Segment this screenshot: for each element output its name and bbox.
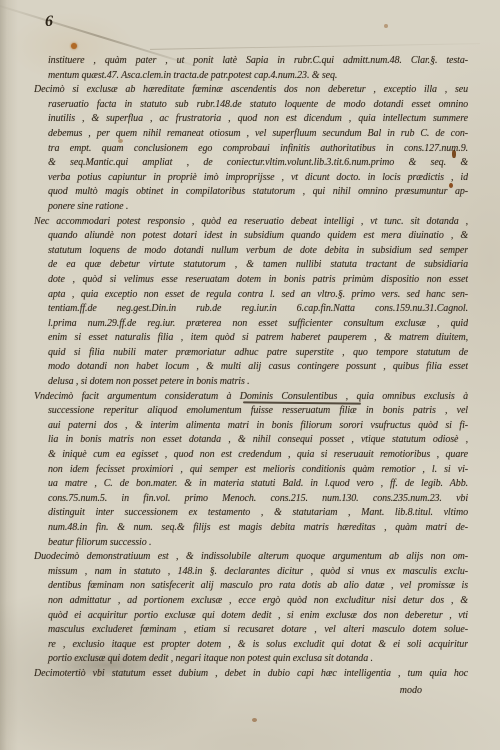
paragraph-nec-accommodari: Nec accommodari potest responsio , quòd … [34, 215, 468, 390]
page-number: 6 [45, 13, 53, 31]
text-line: distinguit inter successionem ex testame… [34, 506, 468, 521]
text-line: re , exclusio itaque est propter dotem ,… [34, 638, 468, 653]
paragraph-duodecimo: Duodecimò demonstratiuum est , & indisso… [34, 550, 468, 667]
text-line: quòd ei acquiritur portio exclusæ qui do… [34, 609, 468, 624]
text-line: inutilis , & superflua , ac frustratoria… [34, 112, 468, 127]
text-line: ponere sine ratione . [34, 200, 468, 215]
book-page: 6 instituere , quàm pater , ut ponit lat… [0, 0, 500, 750]
text-line: quando aliundè non potest dotari idest i… [34, 229, 468, 244]
text-line: raseruatio facta in statuto sub rubr.148… [34, 98, 468, 113]
text-line: Nec accommodari potest responsio , quòd … [34, 215, 468, 230]
fold-crease-horizontal [150, 43, 480, 50]
paragraph-decimotertio: Decimotertiò vbi statutum esset dubium ,… [34, 667, 468, 682]
paragraph-continuation: instituere , quàm pater , ut ponit latè … [34, 54, 468, 83]
text-block: instituere , quàm pater , ut ponit latè … [34, 54, 468, 682]
catchword: modo [400, 685, 422, 696]
text-line: ua matre , C. de bon.mater. & in materia… [34, 477, 468, 492]
text-line: masculus excluderet fœminam , etiam si r… [34, 623, 468, 638]
text-line: successione reperitur aliquod emolumentu… [34, 404, 468, 419]
text-line: instituere , quàm pater , ut ponit latè … [34, 54, 468, 69]
text-line: dentibus fœminam non satisfecerit alij m… [34, 579, 468, 594]
foxing-stain [384, 24, 388, 28]
text-line: dote , quòd si velimus esse reseruatam d… [34, 273, 468, 288]
text-line: portio exclusæ qui dotem dedit , negari … [34, 652, 468, 667]
text-line: beatur filiorum successio . [34, 536, 468, 551]
text-line: delusa , si dotem non posset petere in b… [34, 375, 468, 390]
text-line: l.prima num.29.ff.de reg.iur. præterea n… [34, 317, 468, 332]
text-line: apta , quia exceptio non esset de regula… [34, 288, 468, 303]
text-line: Decimò si exclusæ ab hæreditate fœminæ a… [34, 83, 468, 98]
text-line: mentum quæst.47. Asca.clem.in tracta.de … [34, 69, 468, 84]
text-line: modo dotandi non habet locum , & multi a… [34, 360, 468, 375]
text-line: cons.75.num.5. in fin.vol. primo Menoch.… [34, 492, 468, 507]
foxing-stain [71, 43, 77, 49]
text-line: debemus , per quem nihil remaneat otiosu… [34, 127, 468, 142]
text-line: de ea quæ debetur virtute statutorum , &… [34, 258, 468, 273]
text-line: quod multò magis obtinet in compilatorib… [34, 185, 468, 200]
text-line: statutum loquens de modo dotandi nullum … [34, 244, 468, 259]
text-line: aui paterni dos , & interim alimenta mat… [34, 419, 468, 434]
text-line: tra empt. quam conclusionem ego comproba… [34, 142, 468, 157]
paragraph-decimo: Decimò si exclusæ ab hæreditate fœminæ a… [34, 83, 468, 214]
text-line: & iniquè cum ea egisset , quod non est c… [34, 448, 468, 463]
text-line: non admittatur , ad portionem exclusæ , … [34, 594, 468, 609]
text-line: & seq.Mantic.qui ampliat , de coniectur.… [34, 156, 468, 171]
text-line: non idem fecisset proximiori , qui sempe… [34, 463, 468, 478]
text-line: lia in bonis matris non esset dotanda , … [34, 433, 468, 448]
text-line: tentiam.ff.de neg.gest.Din.in rub.de reg… [34, 302, 468, 317]
text-line: enim si esset naturalis filia , item quò… [34, 331, 468, 346]
foxing-stain [252, 718, 257, 722]
text-line: Duodecimò demonstratiuum est , & indisso… [34, 550, 468, 565]
text-line: Decimotertiò vbi statutum esset dubium ,… [34, 667, 468, 682]
text-line: missum , nam in statuto , 148.in §. decl… [34, 565, 468, 580]
text-line: verba potius capiuntur in propriè imò im… [34, 171, 468, 186]
paragraph-vndecimo: Vndecimò facit argumentum consideratum à… [34, 390, 468, 551]
text-line: num.48.in fin. & num. seq.& filijs est m… [34, 521, 468, 536]
text-line: quid si filia nubili mater præmoriatur a… [34, 346, 468, 361]
